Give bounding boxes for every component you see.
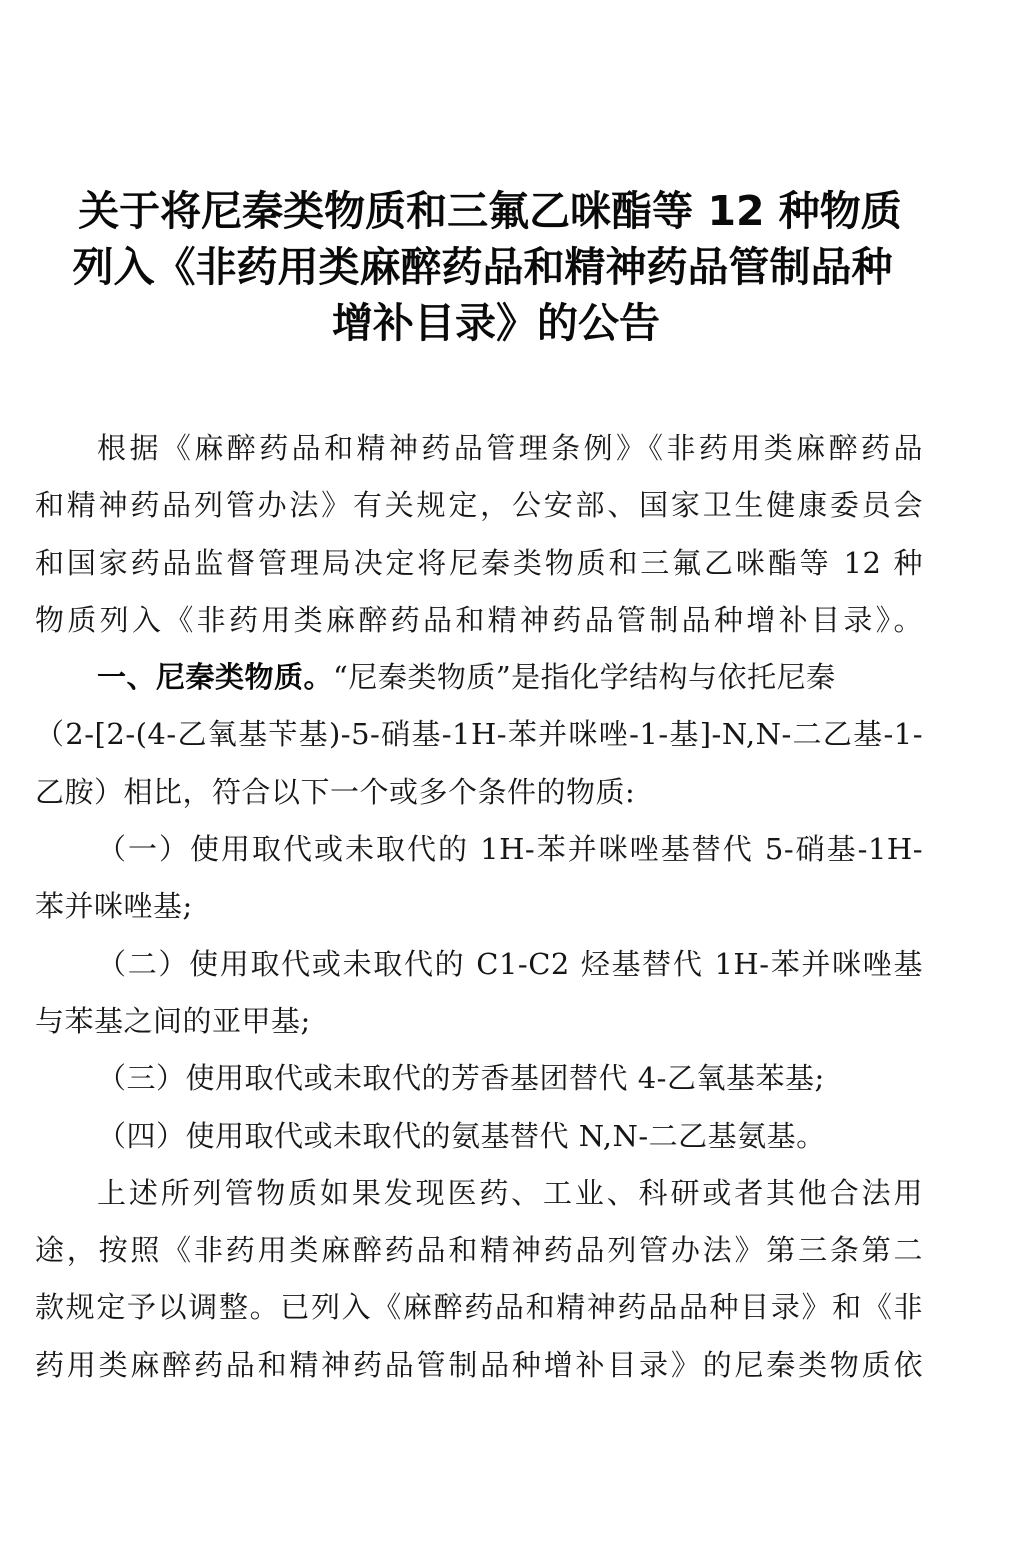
- title-line-3: 增补目录》的公告: [0, 295, 1010, 351]
- section-nitazenes: 一、尼秦类物质。“尼秦类物质”是指化学结构与依托尼秦 （2-[2-(4-乙氧基苄…: [35, 649, 975, 821]
- text-line: 和国家药品监督管理局决定将尼秦类物质和三氟乙咪酯等 12 种: [35, 535, 923, 592]
- text-line: 一、尼秦类物质。“尼秦类物质”是指化学结构与依托尼秦: [35, 649, 975, 706]
- text-line: 根据《麻醉药品和精神药品管理条例》《非药用类麻醉药品: [35, 420, 923, 477]
- text-line: 药用类麻醉药品和精神药品管制品种增补目录》的尼秦类物质依: [35, 1337, 923, 1394]
- text-line: （二）使用取代或未取代的 C1-C2 烃基替代 1H-苯并咪唑基: [35, 936, 923, 993]
- text-line: 上述所列管物质如果发现医药、工业、科研或者其他合法用: [35, 1165, 923, 1222]
- section-heading: 一、尼秦类物质。: [97, 660, 333, 694]
- text-line: （2-[2-(4-乙氧基苄基)-5-硝基-1H-苯并咪唑-1-基]-N,N-二乙…: [35, 706, 923, 763]
- text-line: 苯并咪唑基;: [35, 878, 975, 935]
- document-page: 关于将尼秦类物质和三氟乙咪酯等 12 种物质 列入《非药用类麻醉药品和精神药品管…: [0, 0, 1010, 1563]
- text-line: 途，按照《非药用类麻醉药品和精神药品列管办法》第三条第二: [35, 1222, 923, 1279]
- condition-item-1: （一）使用取代或未取代的 1H-苯并咪唑基替代 5-硝基-1H- 苯并咪唑基;: [35, 821, 975, 936]
- text-line: （四）使用取代或未取代的氨基替代 N,N-二乙基氨基。: [35, 1108, 975, 1165]
- document-title: 关于将尼秦类物质和三氟乙咪酯等 12 种物质 列入《非药用类麻醉药品和精神药品管…: [0, 183, 1010, 351]
- section-text: “尼秦类物质”是指化学结构与依托尼秦: [333, 660, 836, 694]
- condition-item-4: （四）使用取代或未取代的氨基替代 N,N-二乙基氨基。: [35, 1108, 975, 1165]
- title-line-2: 列入《非药用类麻醉药品和精神药品管制品种: [0, 239, 1010, 295]
- text-line: （一）使用取代或未取代的 1H-苯并咪唑基替代 5-硝基-1H-: [35, 821, 923, 878]
- paragraph-note: 上述所列管物质如果发现医药、工业、科研或者其他合法用 途，按照《非药用类麻醉药品…: [35, 1165, 975, 1394]
- text-line: （三）使用取代或未取代的芳香基团替代 4-乙氧基苯基;: [35, 1050, 975, 1107]
- text-line: 和精神药品列管办法》有关规定，公安部、国家卫生健康委员会: [35, 477, 923, 534]
- text-line: 乙胺）相比，符合以下一个或多个条件的物质:: [35, 764, 975, 821]
- title-line-1: 关于将尼秦类物质和三氟乙咪酯等 12 种物质: [0, 183, 1010, 239]
- document-body: 根据《麻醉药品和精神药品管理条例》《非药用类麻醉药品 和精神药品列管办法》有关规…: [35, 420, 975, 1394]
- condition-item-2: （二）使用取代或未取代的 C1-C2 烃基替代 1H-苯并咪唑基 与苯基之间的亚…: [35, 936, 975, 1051]
- condition-item-3: （三）使用取代或未取代的芳香基团替代 4-乙氧基苯基;: [35, 1050, 975, 1107]
- paragraph-intro: 根据《麻醉药品和精神药品管理条例》《非药用类麻醉药品 和精神药品列管办法》有关规…: [35, 420, 975, 649]
- text-line: 款规定予以调整。已列入《麻醉药品和精神药品品种目录》和《非: [35, 1279, 923, 1336]
- text-line: 与苯基之间的亚甲基;: [35, 993, 975, 1050]
- text-line: 物质列入《非药用类麻醉药品和精神药品管制品种增补目录》。: [35, 592, 923, 649]
